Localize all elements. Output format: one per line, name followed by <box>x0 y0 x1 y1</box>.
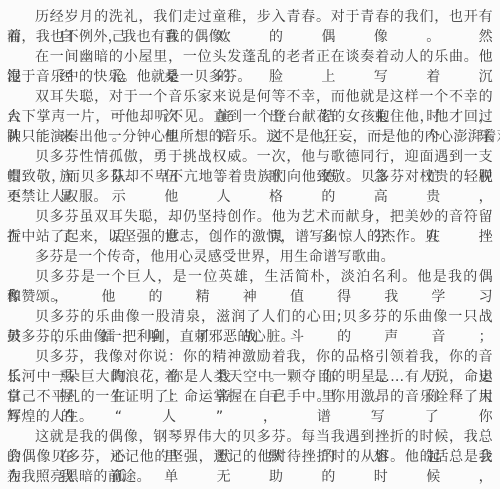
text-line: 贝多芬虽双耳失聪，却仍坚持创作。他为艺术而献身，把美妙的音符留在了后世。贝多芬在… <box>7 207 493 227</box>
text-line: 多芬是一个传奇，他用心灵感受世界，用生命谱写歌曲。 <box>7 247 493 267</box>
text-line: 台下掌声一片，可他却听不见。直到一个登台献花的女孩抱住他，他才回过神来。他说过，… <box>7 107 493 127</box>
text-line: 在一间幽暗的小屋里，一位头发蓬乱的老者正在谈奏着动人的乐曲。他饱经沧桑的脸上写着… <box>7 47 493 67</box>
text-line: 自己不平凡的一生证明了：命运掌握在自己手中。你用激昂的音乐诠释了大写的“人”，谱… <box>7 387 493 407</box>
text-line: 历经岁月的洗礼，我们走过童稚，步入青春。对于青春的我们，也开有着自己喜欢的偶像。… <box>7 7 493 27</box>
text-line: 贝多芬是一个巨人，是一位英雄，生活简朴，淡泊名利。他是我的偶像，他的精神值得我学… <box>7 267 493 287</box>
text-line: 双耳失聪，对于一个音乐家来说是何等不幸，而他就是这样一个不幸的人。一次演出结束时… <box>7 87 493 107</box>
text-line: 折中站了起来，以坚强的意志，创作的激情，谱写出惊人的杰作。贝 <box>7 227 493 247</box>
text-line: 贝多芬性情孤傲，勇于挑战权威。一次，他与歌德同行，迎面遇到一支贵族队伍。歌德急忙… <box>7 147 493 167</box>
document-page: 历经岁月的洗礼，我们走过童稚，步入青春。对于青春的我们，也开有着自己喜欢的偶像。… <box>0 0 500 489</box>
text-line: 这就是我的偶像，钢琴界伟大的贝多芬。每当我遇到挫折的时候，我总会在心里默默的想起… <box>7 427 493 447</box>
text-line: 贝多芬的乐曲像一股清泉，滋润了人们的心田;贝多芬的乐曲像一只战鼓，擂响了战斗的声… <box>7 307 493 327</box>
text-line: 的偶像贝多芬，还记他的坚强，还记的他对待挫折时的从容。他的话总是会在我孤单无助的… <box>7 447 493 467</box>
text-line: 帽致敬，而贝多芬却不卑不亢地等着贵族们向他致敬。贝多芬对权贵的轻视更显示他人格的… <box>7 167 493 187</box>
text-line: 长河中一朵巨大的浪花，你是人类天空中一颗夺目的明星……有人说，命运掌握在上帝手里… <box>7 367 493 387</box>
text-line: 贝多芬，我像对你说：你的精神激励着我，你的品格引领着我，你的音乐熏陶着我。你是历… <box>7 347 493 367</box>
text-line: 队只能演奏出他一分钟心里所想的音乐。这不是他狂妄，而是他的内心澎湃着对音乐的向往… <box>7 127 493 147</box>
